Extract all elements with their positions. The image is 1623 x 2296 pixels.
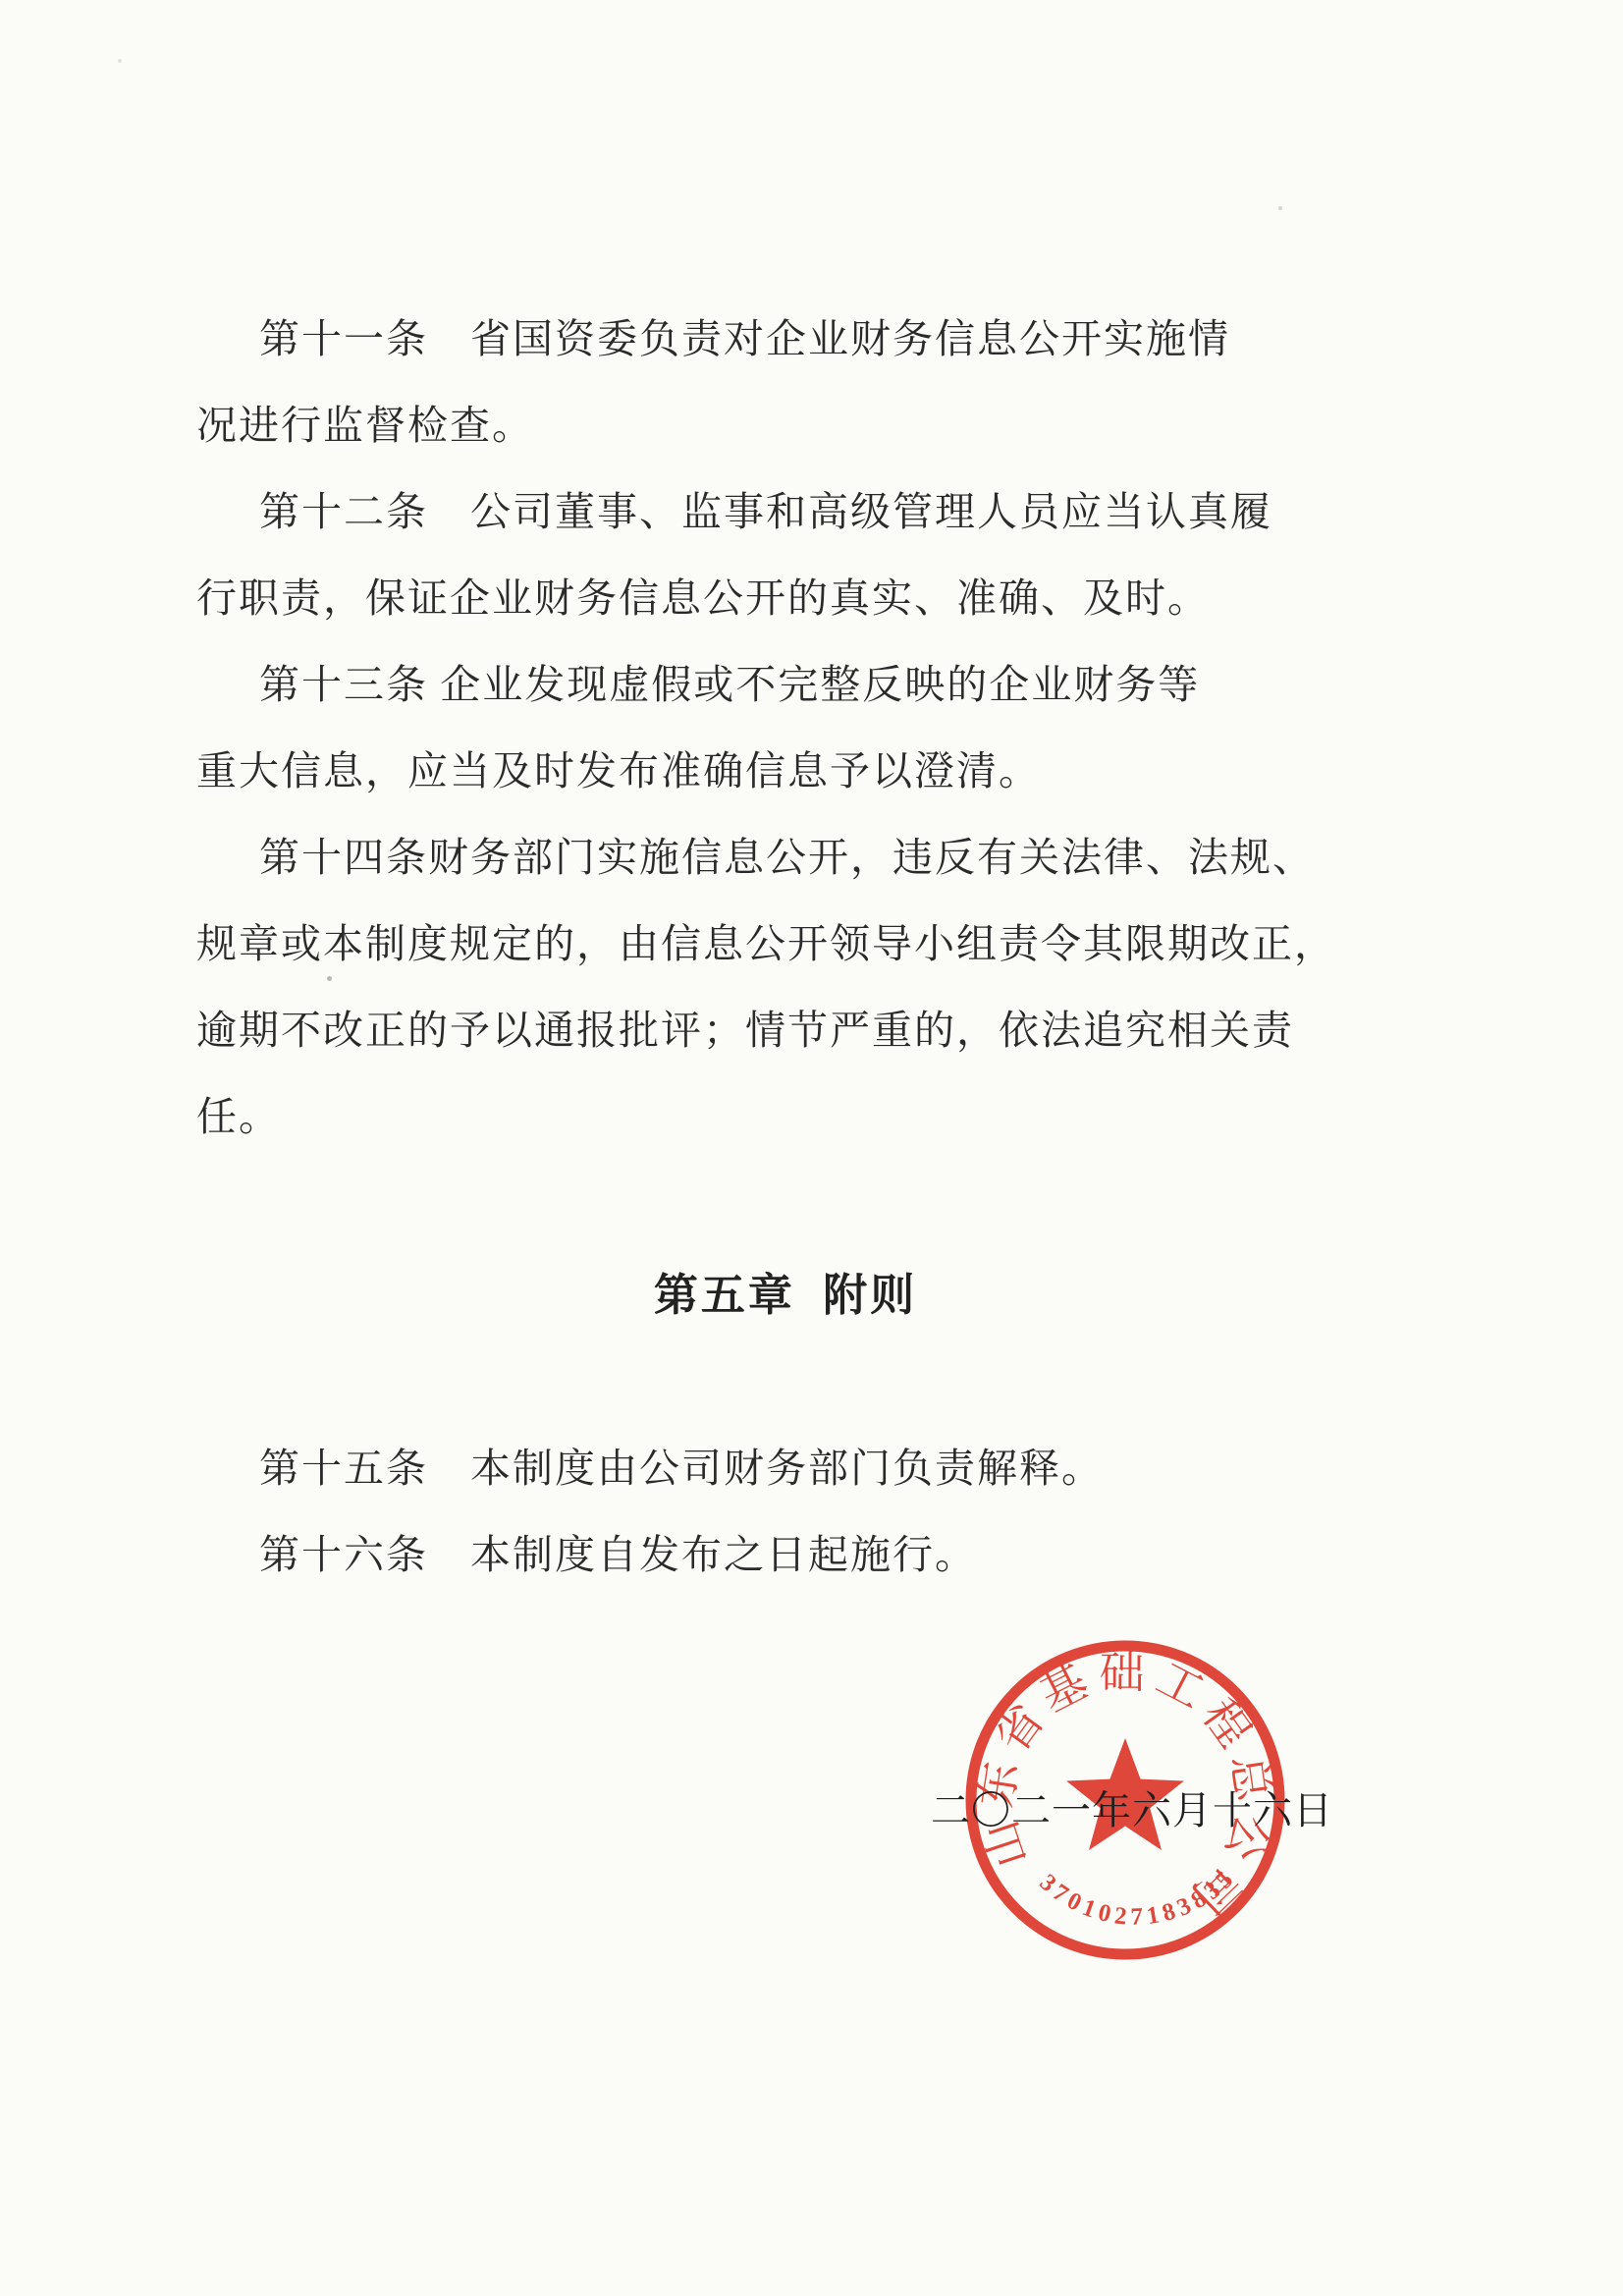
scan-speck bbox=[1278, 206, 1282, 210]
scan-speck bbox=[118, 59, 122, 63]
closing-line: 第十六条 本制度自发布之日起施行。 bbox=[259, 1522, 977, 1580]
body-line: 第十一条 省国资委负责对企业财务信息公开实施情 bbox=[259, 306, 1230, 364]
body-line: 第十二条 公司董事、监事和高级管理人员应当认真履 bbox=[259, 479, 1272, 537]
scanned-document-page: 第十一条 省国资委负责对企业财务信息公开实施情 况进行监督检查。 第十二条 公司… bbox=[0, 0, 1623, 2296]
issue-date: 二〇二一年六月十六日 bbox=[931, 1779, 1333, 1835]
body-line: 逾期不改正的予以通报批评；情节严重的，依法追究相关责 bbox=[196, 998, 1294, 1056]
closing-line: 第十五条 本制度由公司财务部门负责解释。 bbox=[259, 1436, 1104, 1494]
scan-speck bbox=[327, 976, 332, 981]
body-line: 任。 bbox=[196, 1084, 281, 1142]
body-line: 况进行监督检查。 bbox=[196, 393, 534, 451]
body-line: 行职责，保证企业财务信息公开的真实、准确、及时。 bbox=[196, 566, 1210, 624]
chapter-heading: 第五章 附则 bbox=[0, 1259, 1571, 1323]
body-line: 第十四条财务部门实施信息公开，违反有关法律、法规、 bbox=[259, 825, 1315, 883]
body-line: 重大信息，应当及时发布准确信息予以澄清。 bbox=[196, 738, 1041, 796]
body-line: 第十三条 企业发现虚假或不完整反映的企业财务等 bbox=[259, 652, 1200, 710]
body-line: 规章或本制度规定的，由信息公开领导小组责令其限期改正， bbox=[196, 911, 1336, 969]
